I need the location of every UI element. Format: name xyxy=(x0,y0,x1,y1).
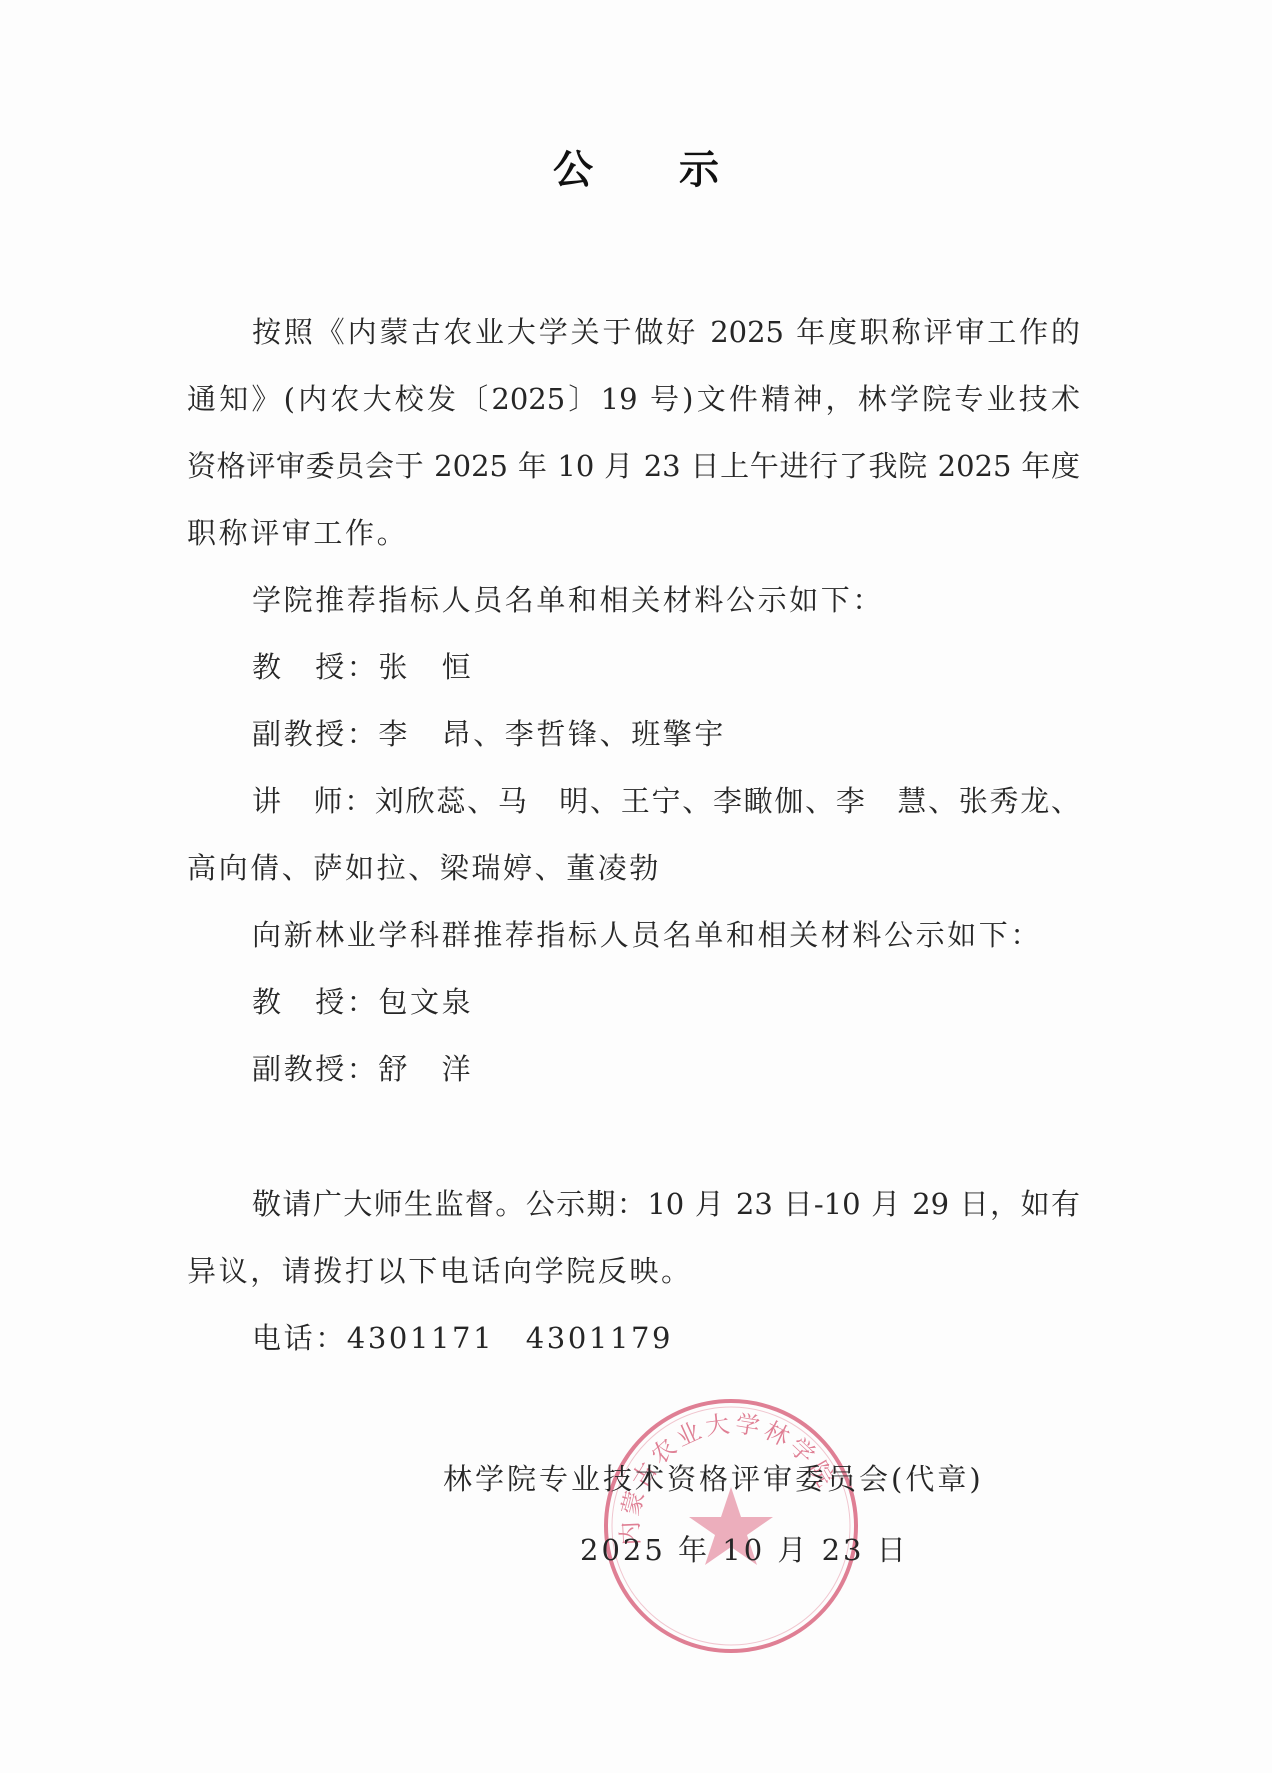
college-professor: 教 授：张 恒 xyxy=(252,649,473,685)
signature-org: 林学院专业技术资格评审委员会(代章) xyxy=(443,1461,984,1497)
forestry-professor: 教 授：包文泉 xyxy=(252,984,473,1020)
paragraph-line: 按照《内蒙古农业大学关于做好 2025 年度职称评审工作的 xyxy=(252,314,1080,350)
supervision-line: 敬请广大师生监督。公示期：10 月 23 日-10 月 29 日，如有 xyxy=(252,1186,1080,1222)
paragraph-line: 通知》(内农大校发〔2025〕19 号)文件精神，林学院专业技术 xyxy=(187,381,1080,417)
notice-page: 公 示 按照《内蒙古农业大学关于做好 2025 年度职称评审工作的 通知》(内农… xyxy=(0,0,1272,1773)
official-seal-stamp: 内蒙古农业大学林学院 xyxy=(600,1395,862,1657)
page-title: 公 示 xyxy=(0,138,1272,195)
forestry-associate-professor: 副教授：舒 洋 xyxy=(252,1051,473,1087)
college-list-heading: 学院推荐指标人员名单和相关材料公示如下： xyxy=(252,582,884,618)
forestry-list-heading: 向新林业学科群推荐指标人员名单和相关材料公示如下： xyxy=(252,917,1042,953)
college-lecturers-cont: 高向倩、萨如拉、梁瑞婷、董凌勃 xyxy=(187,850,661,886)
signature-date: 2025 年 10 月 23 日 xyxy=(580,1532,909,1568)
college-associate-professor: 副教授：李 昂、李哲锋、班擎宇 xyxy=(252,716,726,752)
paragraph-line: 职称评审工作。 xyxy=(187,515,408,551)
paragraph-line: 资格评审委员会于 2025 年 10 月 23 日上午进行了我院 2025 年度 xyxy=(187,448,1080,484)
supervision-line: 异议，请拨打以下电话向学院反映。 xyxy=(187,1253,693,1289)
phone-numbers: 电话：4301171 4301179 xyxy=(252,1320,673,1356)
college-lecturers: 讲 师：刘欣蕊、马 明、王宁、李瞰伽、李 慧、张秀龙、 xyxy=(252,783,1080,819)
